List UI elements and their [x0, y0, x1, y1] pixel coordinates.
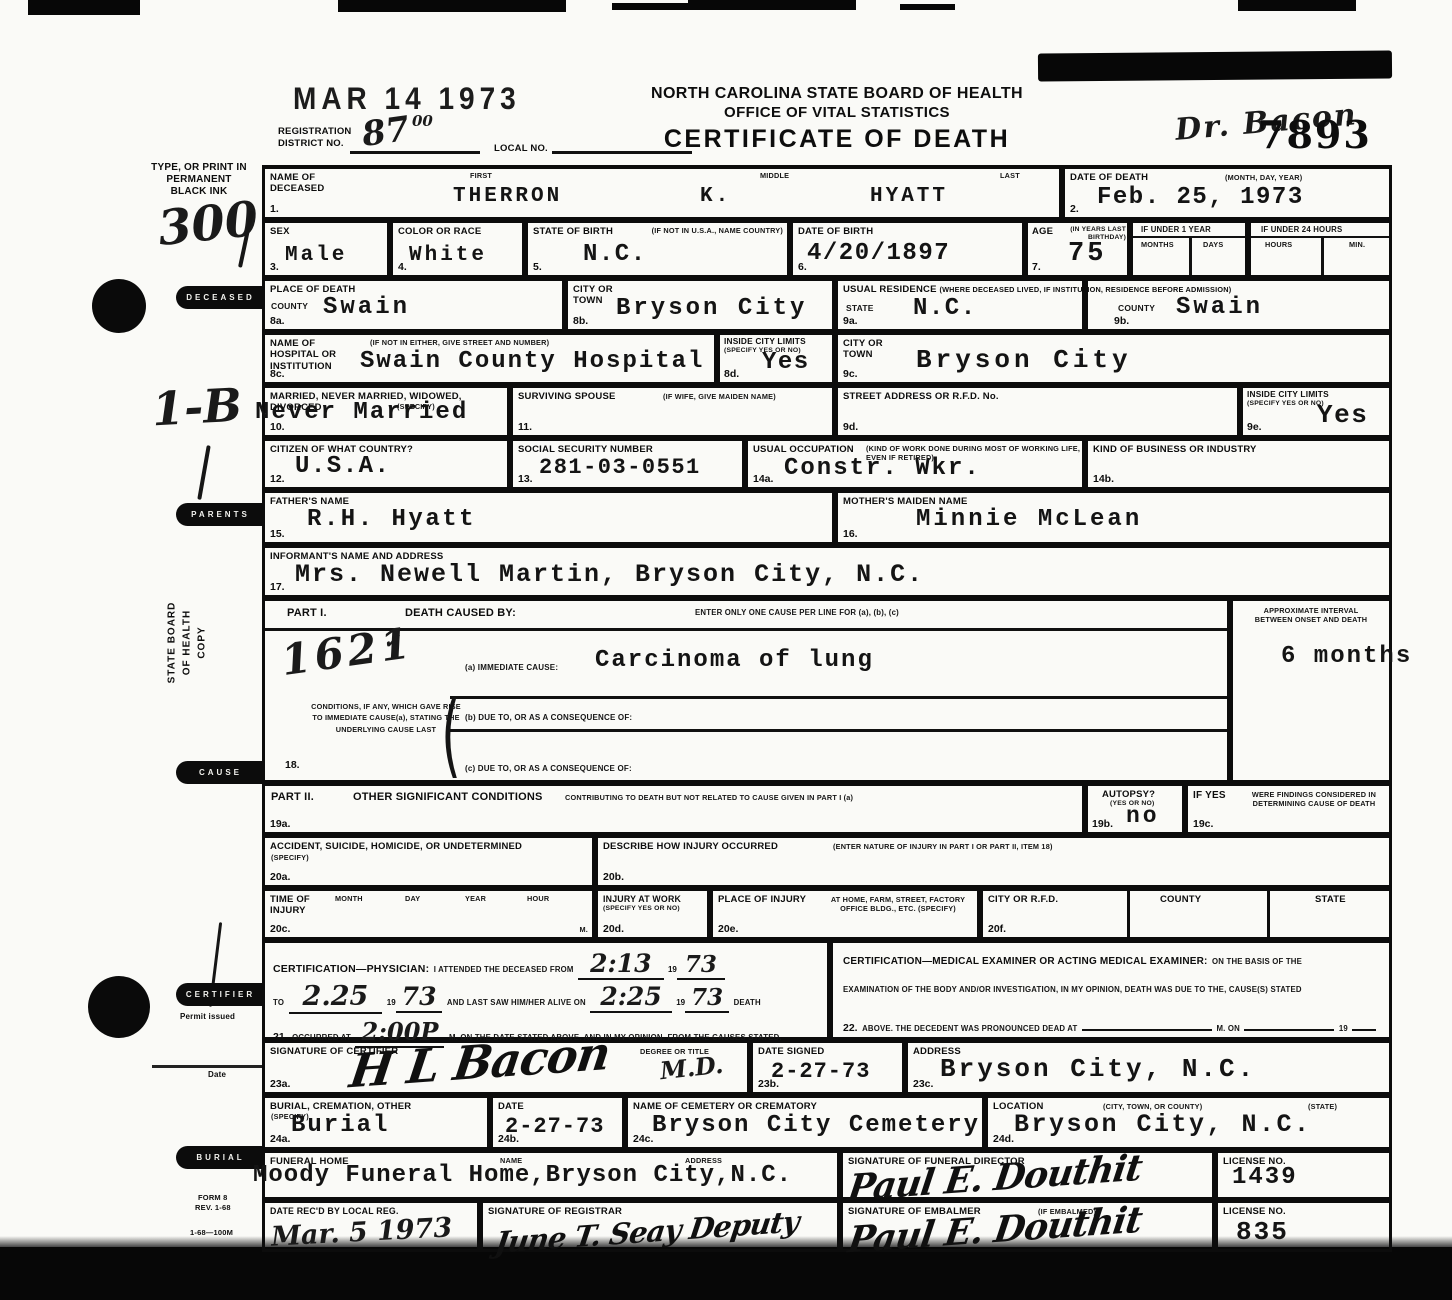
form-print-run: 1-68—100M	[190, 1228, 233, 1237]
date-received-value: Mar. 5 1973	[270, 1212, 453, 1252]
days-label: DAYS	[1203, 240, 1223, 249]
hole-punch	[92, 279, 146, 333]
field-value: Bryson City Cemetery	[652, 1112, 980, 1139]
field-label: COUNTY	[1160, 894, 1201, 905]
registration-district-label: REGISTRATION	[278, 126, 351, 137]
due-to-c-label: (c) DUE TO, OR AS A CONSEQUENCE OF:	[465, 764, 632, 774]
meridiem-label: M.	[579, 925, 588, 934]
field-sex: SEX 3. Male	[262, 220, 390, 278]
interval-label-line2: BETWEEN ONSET AND DEATH	[1233, 615, 1389, 624]
field-label: SURVIVING SPOUSE	[518, 391, 616, 402]
field-value: U.S.A.	[295, 453, 390, 480]
col-year: YEAR	[465, 894, 486, 903]
middle-name-value: K.	[700, 185, 731, 208]
item-number: 9c.	[843, 368, 858, 380]
death-certificate-scan: MAR 14 1973 REGISTRATION DISTRICT NO. 87…	[0, 0, 1452, 1300]
permit-issued-label: Permit issued	[180, 1012, 235, 1022]
divider	[1321, 236, 1324, 275]
interval-label-line1: APPROXIMATE INTERVAL	[1233, 606, 1389, 615]
county-label: COUNTY	[271, 301, 308, 312]
field-label: DATE OF BIRTH	[798, 226, 873, 237]
field-father-name: FATHER'S NAME 15. R.H. Hyatt	[262, 490, 835, 545]
item-number: 19b.	[1092, 818, 1113, 830]
scan-artifact	[900, 4, 955, 10]
item-number: 17.	[270, 581, 285, 593]
certification-examiner-label: CERTIFICATION—MEDICAL EXAMINER OR ACTING…	[843, 956, 1208, 968]
field-date-of-death: DATE OF DEATH (MONTH, DAY, YEAR) 2. Feb.…	[1062, 165, 1392, 220]
field-street-address: STREET ADDRESS OR R.F.D. No. 9d.	[835, 385, 1240, 438]
first-name-value: THERRON	[453, 185, 562, 208]
death-caused-by-label: DEATH CAUSED BY:	[405, 607, 516, 620]
margin-code-1b: 1-B	[151, 378, 244, 437]
field-funeral-director-signature: SIGNATURE OF FUNERAL DIRECTOR Paul E. Do…	[840, 1150, 1215, 1200]
field-label: SIGNATURE OF REGISTRAR	[488, 1206, 622, 1217]
item-number: 19a.	[270, 818, 290, 830]
item-number: 24a.	[270, 1133, 290, 1145]
field-value: R.H. Hyatt	[307, 506, 476, 533]
field-label: IF YES	[1193, 790, 1226, 802]
item-number: 19c.	[1193, 818, 1213, 830]
blank-line	[1352, 1017, 1376, 1031]
item-number: 14b.	[1093, 473, 1114, 485]
field-residence-city: CITY OR TOWN 9c. Bryson City	[835, 332, 1392, 385]
year-prefix: 19	[676, 998, 685, 1007]
item-number: 20b.	[603, 871, 624, 883]
item-number: 24d.	[993, 1133, 1014, 1145]
scan-artifact	[28, 0, 140, 15]
margin-date-line	[152, 1065, 262, 1068]
field-label: STATE	[1315, 894, 1346, 905]
scan-artifact	[1238, 0, 1356, 11]
field-value: Moody Funeral Home,Bryson City,N.C.	[253, 1162, 792, 1189]
field-value: Minnie McLean	[916, 506, 1142, 533]
column-label-last: LAST	[1000, 171, 1020, 180]
field-value: Male	[285, 244, 347, 267]
field-value: Burial	[291, 1112, 389, 1139]
field-value: no	[1126, 803, 1160, 829]
field-label: INSIDE CITY LIMITS	[724, 337, 832, 347]
field-label: DATE REC'D BY LOCAL REG.	[270, 1206, 399, 1217]
field-burial-type: BURIAL, CREMATION, OTHER (SPECIFY) 24a. …	[262, 1095, 490, 1150]
item-number: 6.	[798, 261, 807, 273]
field-time-of-injury: TIME OF INJURY MONTH DAY YEAR HOUR 20c. …	[262, 888, 595, 940]
field-value: Yes	[762, 349, 810, 376]
immediate-cause-value: Carcinoma of lung	[595, 647, 874, 674]
item-number: 20c.	[270, 923, 290, 935]
item-number: 8d.	[724, 368, 739, 380]
field-industry: KIND OF BUSINESS OR INDUSTRY 14b.	[1085, 438, 1392, 490]
redaction-bar	[1038, 50, 1392, 81]
field-value: Never Married	[255, 399, 468, 426]
field-value: Swain	[323, 294, 410, 321]
year-prefix: 19	[668, 965, 677, 974]
field-signature-of-certifier: SIGNATURE OF CERTIFIER DEGREE OR TITLE 2…	[262, 1040, 750, 1095]
field-label: IF UNDER 24 HOURS	[1261, 225, 1342, 235]
field-injury-county: COUNTY	[1130, 888, 1270, 940]
field-burial-date: DATE 24b. 2-27-73	[490, 1095, 625, 1150]
field-age: AGE (IN YEARS LAST BIRTHDAY) 7. 75	[1025, 220, 1130, 278]
field-label: NAME OF CEMETERY OR CREMATORY	[633, 1101, 817, 1112]
certificate-number: 7893	[1258, 112, 1372, 157]
field-label: ACCIDENT, SUICIDE, HOMICIDE, OR UNDETERM…	[270, 841, 590, 852]
column-label-middle: MIDDLE	[760, 171, 789, 180]
org-line1: NORTH CAROLINA STATE BOARD OF HEALTH	[642, 84, 1032, 103]
ink-instruction-line2: PERMANENT	[166, 174, 231, 186]
field-embalmer-license: LICENSE NO. 835	[1215, 1200, 1392, 1252]
part1-instruction: ENTER ONLY ONE CAUSE PER LINE FOR (a), (…	[695, 608, 899, 618]
form-revision: REV. 1-68	[195, 1203, 231, 1212]
examiner-line3b: M. ON	[1216, 1024, 1240, 1034]
field-place-of-injury: PLACE OF INJURY AT HOME, FARM, STREET, F…	[710, 888, 980, 940]
part1-label: PART I.	[287, 607, 327, 620]
item-number: 9d.	[843, 421, 858, 433]
examiner-line3c: 19	[1339, 1024, 1348, 1034]
field-sublabel: (SPECIFY YES OR NO)	[1247, 400, 1324, 408]
field-value: Bryson City	[916, 345, 1132, 375]
item-number: 9e.	[1247, 421, 1262, 433]
brace: (	[441, 681, 461, 788]
field-residence-state: USUAL RESIDENCE (WHERE DECEASED LIVED, I…	[835, 278, 1085, 332]
to-word: TO	[273, 998, 284, 1008]
field-date-signed: DATE SIGNED 23b. 2-27-73	[750, 1040, 905, 1095]
field-funeral-home: FUNERAL HOME NAME ADDRESS Moody Funeral …	[262, 1150, 840, 1200]
item-number: 12.	[270, 473, 285, 485]
field-occupation: USUAL OCCUPATION (KIND OF WORK DONE DURI…	[745, 438, 1085, 490]
field-label: CITY OR TOWN	[573, 284, 621, 307]
death-word: DEATH	[734, 998, 761, 1008]
item-number: 3.	[270, 261, 279, 273]
field-label: SOCIAL SECURITY NUMBER	[518, 444, 653, 455]
attended-from-year: 73	[677, 951, 725, 980]
year-prefix: 19	[387, 998, 396, 1007]
item-number: 9b.	[1114, 315, 1129, 327]
field-sublabel: (IF NOT IN U.S.A., NAME COUNTRY)	[643, 226, 783, 235]
item-number: 9a.	[843, 315, 858, 327]
field-label: INSIDE CITY LIMITS	[1247, 390, 1329, 400]
field-sublabel: AT HOME, FARM, STREET, FACTORY OFFICE BL…	[818, 895, 978, 913]
field-surviving-spouse: SURVIVING SPOUSE (IF WIFE, GIVE MAIDEN N…	[510, 385, 835, 438]
field-label: AUTOPSY?	[1102, 789, 1155, 800]
field-hospital: NAME OF HOSPITAL OR INSTITUTION (IF NOT …	[262, 332, 717, 385]
section-part2-other-conditions: PART II. OTHER SIGNIFICANT CONDITIONS CO…	[262, 783, 1085, 835]
field-if-under-1-year: IF UNDER 1 YEAR MONTHS DAYS	[1130, 220, 1248, 278]
field-cemetery: NAME OF CEMETERY OR CREMATORY 24c. Bryso…	[625, 1095, 985, 1150]
district-underline	[350, 151, 480, 154]
scan-artifact	[612, 3, 690, 10]
field-accident-type: ACCIDENT, SUICIDE, HOMICIDE, OR UNDETERM…	[262, 835, 595, 888]
item-number: 15.	[270, 528, 285, 540]
item-number: 5.	[533, 261, 542, 273]
local-no-label: LOCAL NO.	[494, 143, 548, 154]
field-value: Bryson City, N.C.	[1014, 1110, 1312, 1139]
field-if-under-24-hours: IF UNDER 24 HOURS HOURS MIN.	[1248, 220, 1392, 278]
section-certification-examiner: CERTIFICATION—MEDICAL EXAMINER OR ACTING…	[830, 940, 1392, 1040]
cause-code-tick: ✓	[383, 629, 400, 653]
document-title: CERTIFICATE OF DEATH	[622, 124, 1052, 154]
field-value: 75	[1068, 239, 1106, 269]
field-value: Bryson City, N.C.	[940, 1054, 1256, 1084]
cause-line-b	[450, 729, 1227, 732]
field-registrar-signature: SIGNATURE OF REGISTRAR June T. Seay Depu…	[480, 1200, 840, 1252]
field-value: 2-27-73	[771, 1059, 870, 1084]
field-injury-at-work: INJURY AT WORK (SPECIFY YES OR NO) 20d.	[595, 888, 710, 940]
field-sublabel: (SPECIFY YES OR NO)	[603, 905, 680, 913]
attended-text: I ATTENDED THE DECEASED FROM	[434, 965, 574, 975]
attended-to-value: 2.25	[289, 981, 383, 1014]
field-label: CITY OR TOWN	[843, 338, 891, 361]
field-label: CITY OR R.F.D.	[988, 894, 1058, 905]
scan-bottom-bar	[0, 1247, 1452, 1300]
field-value: 281-03-0551	[539, 455, 701, 480]
field-interval-onset-death: APPROXIMATE INTERVAL BETWEEN ONSET AND D…	[1230, 598, 1392, 783]
item-number: 8b.	[573, 315, 588, 327]
field-sublabel: (ENTER NATURE OF INJURY IN PART I OR PAR…	[833, 842, 1053, 851]
margin-tab-deceased: DECEASED	[176, 286, 265, 309]
section-part1-cause-of-death: PART I. DEATH CAUSED BY: ENTER ONLY ONE …	[262, 598, 1230, 783]
col-day: DAY	[405, 894, 420, 903]
registration-district-value-sup: 00	[412, 112, 433, 130]
field-label: IF UNDER 1 YEAR	[1141, 225, 1211, 235]
margin-tab-cause: CAUSE	[176, 761, 265, 784]
part2-title: OTHER SIGNIFICANT CONDITIONS	[353, 791, 543, 804]
county-label: COUNTY	[1118, 303, 1155, 314]
field-value: N.C.	[913, 295, 977, 322]
field-director-license: LICENSE NO. 1439	[1215, 1150, 1392, 1200]
field-name-of-deceased: NAME OF DECEASED FIRST MIDDLE LAST 1. TH…	[262, 165, 1062, 220]
hole-punch	[88, 976, 150, 1038]
margin-tab-burial: BURIAL	[176, 1146, 265, 1169]
field-label: DATE OF DEATH	[1070, 172, 1148, 183]
item-number: 16.	[843, 528, 858, 540]
blank-line	[1082, 1017, 1212, 1031]
copy-line1: STATE BOARD	[165, 602, 180, 684]
alive-on-value: 2:25	[590, 982, 671, 1013]
item-number: 8a.	[270, 315, 285, 327]
usual-residence-label: USUAL RESIDENCE	[843, 284, 937, 295]
field-label: BURIAL, CREMATION, OTHER	[270, 1101, 435, 1112]
ink-instruction-line1: TYPE, OR PRINT IN	[151, 162, 247, 174]
attended-to-year: 73	[396, 982, 443, 1013]
item-number: 20d.	[603, 923, 624, 935]
item-number: 23a.	[270, 1078, 290, 1090]
item-number: 23c.	[913, 1078, 933, 1090]
part2-label: PART II.	[271, 791, 314, 804]
field-value: 835	[1236, 1217, 1289, 1247]
basis-text: ON THE BASIS OF THE	[1212, 957, 1302, 967]
field-marital-status: MARRIED, NEVER MARRIED, WIDOWED, DIVORCE…	[262, 385, 510, 438]
field-value: Bryson City	[616, 295, 807, 322]
field-autopsy: AUTOPSY? (YES OR NO) 19b. no	[1085, 783, 1185, 835]
field-label: INJURY AT WORK	[603, 894, 703, 905]
field-injury-description: DESCRIBE HOW INJURY OCCURRED (ENTER NATU…	[595, 835, 1392, 888]
min-label: MIN.	[1349, 240, 1365, 249]
item-number: 20f.	[988, 923, 1006, 935]
field-informant: INFORMANT'S NAME AND ADDRESS 17. Mrs. Ne…	[262, 545, 1392, 598]
copy-line2: OF HEALTH	[180, 610, 195, 675]
scan-artifact	[338, 0, 566, 12]
item-number: 2.	[1070, 203, 1079, 215]
field-label: DESCRIBE HOW INJURY OCCURRED	[603, 841, 778, 852]
field-label: COLOR OR RACE	[398, 226, 481, 237]
field-value: Swain County Hospital	[360, 348, 704, 375]
margin-date-label: Date	[208, 1070, 226, 1080]
field-label: STATE OF BIRTH	[533, 226, 613, 237]
field-burial-location: LOCATION (CITY, TOWN, OR COUNTY) (STATE)…	[985, 1095, 1392, 1150]
field-injury-state: STATE	[1270, 888, 1392, 940]
field-sublabel-state: (STATE)	[1308, 1102, 1337, 1111]
field-value: Yes	[1317, 400, 1368, 430]
item-number: 20a.	[270, 871, 290, 883]
field-mother-maiden-name: MOTHER'S MAIDEN NAME 16. Minnie McLean	[835, 490, 1392, 545]
certification-physician-label: CERTIFICATION—PHYSICIAN:	[273, 963, 429, 976]
months-label: MONTHS	[1141, 240, 1174, 249]
immediate-cause-label: (a) IMMEDIATE CAUSE:	[465, 663, 558, 673]
field-inside-city-limits-res: INSIDE CITY LIMITS (SPECIFY YES OR NO) 9…	[1240, 385, 1392, 438]
field-sublabel: (IF WIFE, GIVE MAIDEN NAME)	[663, 392, 776, 401]
usual-residence-header: USUAL RESIDENCE (WHERE DECEASED LIVED, I…	[843, 284, 1231, 295]
field-value: 4/20/1897	[807, 240, 950, 267]
field-ssn: SOCIAL SECURITY NUMBER 13. 281-03-0551	[510, 438, 745, 490]
margin-tab-certifier: CERTIFIER	[176, 983, 265, 1006]
examiner-line2: EXAMINATION OF THE BODY AND/OR INVESTIGA…	[843, 985, 1302, 995]
field-certifier-address: ADDRESS 23c. Bryson City, N.C.	[905, 1040, 1392, 1095]
section-certification-physician: CERTIFICATION—PHYSICIAN: I ATTENDED THE …	[262, 940, 830, 1040]
divider	[1189, 236, 1192, 275]
field-label: DATE	[498, 1101, 524, 1112]
field-state-of-birth: STATE OF BIRTH (IF NOT IN U.S.A., NAME C…	[525, 220, 790, 278]
item-number: 4.	[398, 261, 407, 273]
org-line2: OFFICE OF VITAL STATISTICS	[642, 104, 1032, 122]
field-label: STREET ADDRESS OR R.F.D. No.	[843, 391, 999, 402]
examiner-line3a: ABOVE. THE DECEDENT WAS PRONOUNCED DEAD …	[862, 1024, 1077, 1034]
item-number: 20e.	[718, 923, 738, 935]
field-date-received: DATE REC'D BY LOCAL REG. Mar. 5 1973	[262, 1200, 480, 1252]
field-label: KIND OF BUSINESS OR INDUSTRY	[1093, 444, 1257, 455]
item-number: 11.	[518, 421, 532, 433]
field-value: White	[409, 244, 487, 267]
column-label-first: FIRST	[470, 171, 492, 180]
field-value: Feb. 25, 1973	[1097, 184, 1304, 211]
field-sublabel: WERE FINDINGS CONSIDERED IN DETERMINING …	[1240, 790, 1388, 808]
divider	[1251, 236, 1389, 238]
state-label: STATE	[846, 303, 874, 314]
item-number: 18.	[285, 759, 300, 771]
alive-on-year: 73	[685, 984, 729, 1013]
form-number: FORM 8	[198, 1193, 228, 1202]
scan-artifact	[688, 0, 856, 10]
field-label: NAME OF DECEASED	[270, 172, 348, 195]
field-autopsy-findings: IF YES WERE FINDINGS CONSIDERED IN DETER…	[1185, 783, 1392, 835]
field-sublabel: (SPECIFY)	[271, 853, 309, 862]
copy-line3: COPY	[195, 626, 210, 658]
item-number: 24c.	[633, 1133, 653, 1145]
field-inside-city-limits-pod: INSIDE CITY LIMITS (SPECIFY YES OR NO) 8…	[717, 332, 835, 385]
col-month: MONTH	[335, 894, 363, 903]
interval-value: 6 months	[1281, 643, 1412, 670]
field-value: Constr. Wkr.	[784, 455, 981, 482]
due-to-b-label: (b) DUE TO, OR AS A CONSEQUENCE OF:	[465, 713, 632, 723]
item-number: 7.	[1032, 261, 1041, 273]
field-embalmer-signature: SIGNATURE OF EMBALMER (IF EMBALMED) Paul…	[840, 1200, 1215, 1252]
item-number: 13.	[518, 473, 533, 485]
margin-tab-parents: PARENTS	[176, 503, 265, 526]
col-hour: HOUR	[527, 894, 549, 903]
last-saw-text: AND LAST SAW HIM/HER ALIVE ON	[447, 998, 586, 1008]
handwritten-tick	[197, 445, 210, 500]
field-citizen: CITIZEN OF WHAT COUNTRY? 12. U.S.A.	[262, 438, 510, 490]
item-number: 8c.	[270, 368, 285, 380]
last-name-value: HYATT	[870, 185, 948, 208]
field-label: TIME OF INJURY	[270, 894, 325, 917]
field-place-of-death-city: CITY OR TOWN 8b. Bryson City	[565, 278, 835, 332]
usual-residence-sublabel: (WHERE DECEASED LIVED, IF INSTITUTION, R…	[939, 286, 1231, 295]
part2-sublabel: CONTRIBUTING TO DEATH BUT NOT RELATED TO…	[565, 793, 853, 802]
field-label: USUAL OCCUPATION	[753, 444, 854, 455]
field-label: PLACE OF INJURY	[718, 894, 806, 905]
blank-line	[1244, 1017, 1334, 1031]
field-color-or-race: COLOR OR RACE 4. White	[390, 220, 525, 278]
field-label: DATE SIGNED	[758, 1046, 824, 1057]
registration-district-label2: DISTRICT NO.	[278, 138, 344, 149]
field-label: AGE	[1032, 226, 1053, 237]
field-value: Swain	[1176, 294, 1263, 321]
field-label: SEX	[270, 226, 290, 237]
field-date-of-birth: DATE OF BIRTH 6. 4/20/1897	[790, 220, 1025, 278]
field-value: 2-27-73	[505, 1114, 604, 1139]
field-sublabel: (IF NOT IN EITHER, GIVE STREET AND NUMBE…	[370, 338, 549, 347]
item-number: 1.	[270, 203, 279, 215]
field-place-of-death-county: PLACE OF DEATH COUNTY 8a. Swain	[262, 278, 565, 332]
certifier-degree: M.D.	[659, 1050, 725, 1085]
field-sublabel: (MONTH, DAY, YEAR)	[1225, 173, 1302, 182]
item-number: 22.	[843, 1022, 858, 1034]
copy-designation: STATE BOARD OF HEALTH COPY	[128, 585, 246, 700]
attended-from-value: 2:13	[578, 949, 663, 980]
field-value: 1439	[1232, 1164, 1298, 1191]
registration-district-value: 87	[359, 109, 411, 155]
hours-label: HOURS	[1265, 240, 1292, 249]
cause-line-a	[450, 696, 1227, 699]
field-injury-city: CITY OR R.F.D. 20f.	[980, 888, 1130, 940]
field-value: N.C.	[583, 241, 647, 268]
item-number: 14a.	[753, 473, 773, 485]
field-label: LICENSE NO.	[1223, 1206, 1286, 1217]
field-value: Mrs. Newell Martin, Bryson City, N.C.	[295, 560, 924, 589]
